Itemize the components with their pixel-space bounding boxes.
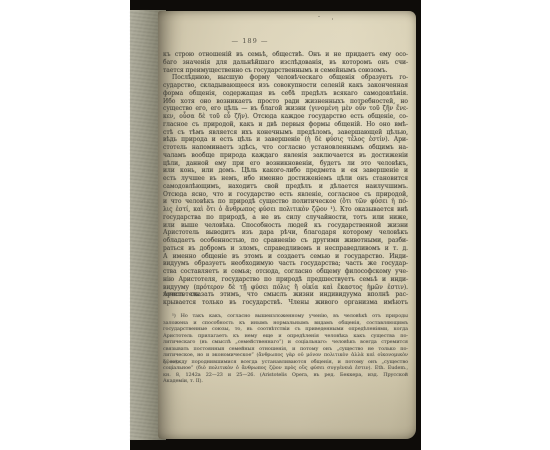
text-line: ¹) Но такъ какъ, согласно вышеизложенном… (163, 313, 408, 320)
text-line: форма общенія, содержащая въ себѣ предѣл… (163, 90, 408, 98)
text-line: раться въ добромъ и зломъ, справедливомъ… (163, 245, 408, 253)
text-line: ства составляетъ и семья; отсюда, соглас… (163, 268, 408, 276)
text-line: λις ἐστί, καὶ ὅτι ὁ ἄνθρωπος φύσει πολιτ… (163, 206, 408, 214)
text-line: Аристотель выводитъ изъ дара рѣчи, благо… (163, 229, 408, 237)
text-line: κεν, οὖσα δὲ τοῦ εὖ ζῆν). Отсюда каждое … (163, 113, 408, 121)
text-line: сударство, складывающееся изъ совокупнос… (163, 82, 408, 90)
text-line: хочетъ сказать этимъ, что смыслъ жизни и… (163, 291, 408, 299)
text-line: Академіи, т. II). (163, 378, 408, 385)
footnote-text: ¹) Но такъ какъ, согласно вышеизложенном… (163, 313, 408, 385)
page-number: — 189 — (121, 37, 379, 45)
text-line: соціальное“ (διὸ πολιτικὸν ὁ ἄνθρωπος ζῷ… (163, 365, 408, 372)
text-line: къ строю отношеній въ семьѣ, обществѣ. О… (163, 51, 408, 59)
text-line: существо его, его цѣль — въ благой жизни… (163, 105, 408, 113)
dust-speck (332, 18, 333, 20)
screenshot-canvas: — 189 — къ строю отношеній въ семьѣ, общ… (0, 0, 550, 450)
text-line: есть лучшее въ немъ, ибо именно достижен… (163, 175, 408, 183)
text-line: чаламъ вообще природа каждаго явленія за… (163, 152, 408, 160)
text-line: Послѣднюю, высшую форму человѣческаго об… (163, 74, 408, 82)
text-line: нію Аристотеля, государство по природѣ п… (163, 276, 408, 284)
text-line: и что человѣкъ по природѣ существо полит… (163, 198, 408, 206)
text-line: государственные союзы, то, въ соотвѣтств… (163, 326, 408, 333)
text-line: литическое, но и экономическое“ (ἄνθρωπο… (163, 352, 408, 359)
text-line: гласное съ природой, какъ и двѣ первыя ф… (163, 121, 408, 129)
text-line: стотель напоминаетъ здѣсь, что согласно … (163, 144, 408, 152)
text-line: вѣдь природа и есть цѣль и завершеніе (ἡ… (163, 136, 408, 144)
text-line: крывается только въ государствѣ. Члены ж… (163, 299, 408, 307)
text-line: или конь, или домъ. Цѣль какого-либо пре… (163, 167, 408, 175)
dust-speck (318, 16, 320, 17)
text-line: самодовлѣющимъ, находитъ свой предѣлъ и … (163, 183, 408, 191)
text-line: видуумъ образуетъ необходимую часть госу… (163, 260, 408, 268)
book-photo: — 189 — къ строю отношеній въ семьѣ, общ… (130, 0, 421, 450)
text-line: баго значенія для дальнѣйшаго изслѣдован… (163, 59, 408, 67)
book-page: — 189 — къ строю отношеній въ семьѣ, общ… (158, 11, 416, 439)
text-line: государства по природѣ, а не въ силу слу… (163, 214, 408, 222)
text-line: литическаго (въ смыслѣ „семейственнаго“)… (163, 339, 408, 346)
body-text: къ строю отношеній въ семьѣ, обществѣ. О… (163, 51, 408, 307)
text-line: обладаетъ особенностью, по сравненію съ … (163, 237, 408, 245)
